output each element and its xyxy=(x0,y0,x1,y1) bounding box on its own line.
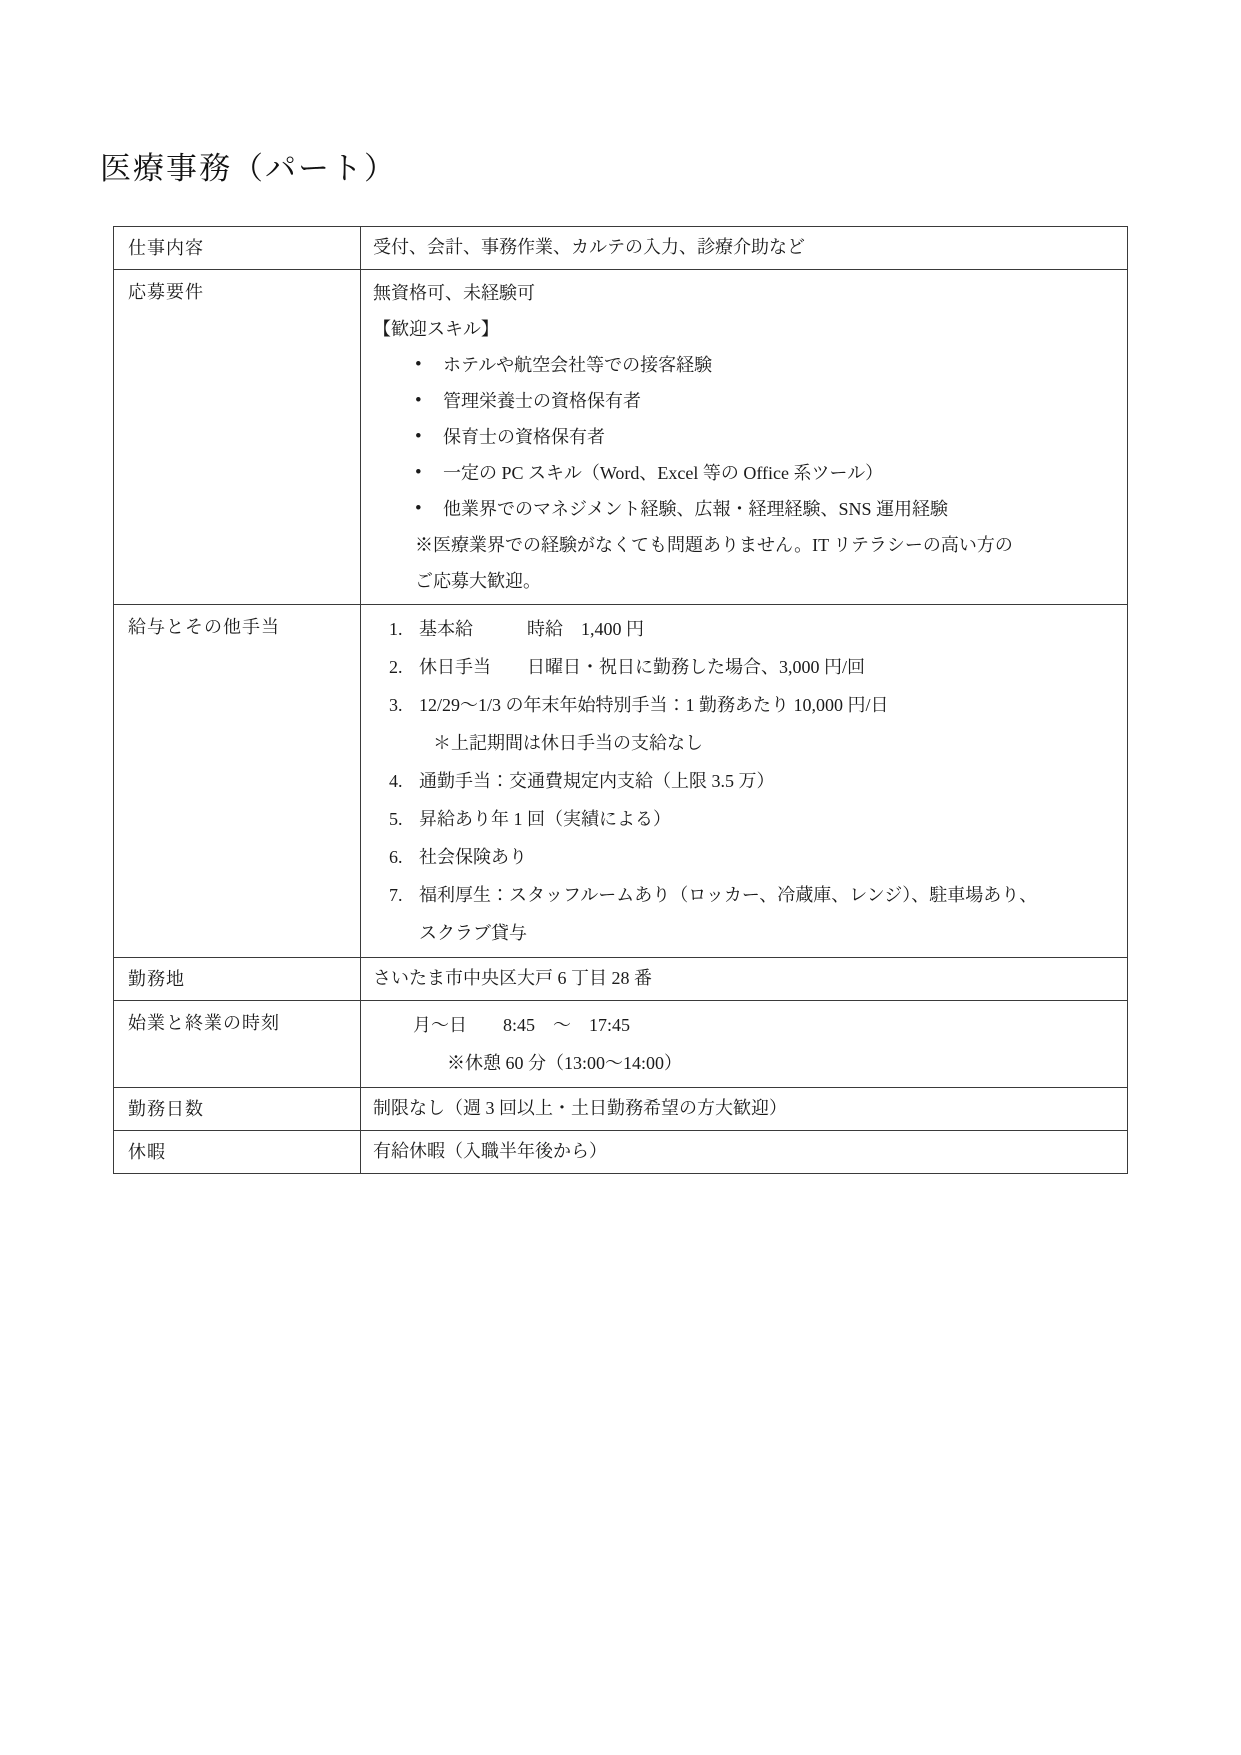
pay-item-number: 6. xyxy=(389,838,419,876)
table-row-job-description: 仕事内容 受付、会計、事務作業、カルテの入力、診療介助など xyxy=(114,227,1128,270)
bullet-text: 保育士の資格保有者 xyxy=(443,419,1113,455)
row-label: 応募要件 xyxy=(114,270,361,605)
pay-item: 3. 12/29～1/3 の年末年始特別手当：1 勤務あたり 10,000 円/… xyxy=(373,686,1113,724)
row-value: 制限なし（週 3 回以上・土日勤務希望の方大歓迎） xyxy=(361,1088,1128,1131)
pay-item-text-line: 福利厚生：スタッフルームあり（ロッカー、冷蔵庫、レンジ）、駐車場あり、 xyxy=(419,876,1113,914)
requirements-note: ※医療業界での経験がなくても問題ありません。IT リテラシーの高い方の xyxy=(373,527,1113,563)
pay-item: 6. 社会保険あり xyxy=(373,838,1113,876)
bullet-icon: • xyxy=(415,347,443,383)
list-item: • 管理栄養士の資格保有者 xyxy=(373,383,1113,419)
list-item: • 一定の PC スキル（Word、Excel 等の Office 系ツール） xyxy=(373,455,1113,491)
requirements-note: ご応募大歓迎。 xyxy=(373,563,1113,599)
page-title: 医療事務（パート） xyxy=(100,143,397,188)
work-location-text: さいたま市中央区大戸 6 丁目 28 番 xyxy=(373,964,1113,990)
table-row-requirements: 応募要件 無資格可、未経験可 【歓迎スキル】 • ホテルや航空会社等での接客経験… xyxy=(114,270,1128,605)
row-label: 勤務日数 xyxy=(114,1088,361,1131)
pay-item-number: 2. xyxy=(389,648,419,686)
requirements-intro: 無資格可、未経験可 xyxy=(373,275,1113,311)
row-label: 始業と終業の時刻 xyxy=(114,1001,361,1088)
job-posting-table: 仕事内容 受付、会計、事務作業、カルテの入力、診療介助など 応募要件 無資格可、… xyxy=(113,226,1128,1174)
list-item: • 他業界でのマネジメント経験、広報・経理経験、SNS 運用経験 xyxy=(373,491,1113,527)
table-row-location: 勤務地 さいたま市中央区大戸 6 丁目 28 番 xyxy=(114,958,1128,1001)
bullet-text: 一定の PC スキル（Word、Excel 等の Office 系ツール） xyxy=(443,455,1113,491)
vacation-text: 有給休暇（入職半年後から） xyxy=(373,1137,1113,1163)
bullet-text: ホテルや航空会社等での接客経験 xyxy=(443,347,1113,383)
pay-item-number: 5. xyxy=(389,800,419,838)
pay-item-text: 12/29～1/3 の年末年始特別手当：1 勤務あたり 10,000 円/日 xyxy=(419,686,1113,724)
row-value: 1. 基本給 時給 1,400 円 2. 休日手当 日曜日・祝日に勤務した場合、… xyxy=(361,605,1128,958)
pay-item-text: 通勤手当：交通費規定内支給（上限 3.5 万） xyxy=(419,762,1113,800)
row-label: 休暇 xyxy=(114,1131,361,1174)
bullet-icon: • xyxy=(415,491,443,527)
bullet-icon: • xyxy=(415,419,443,455)
pay-item: 5. 昇給あり年 1 回（実績による） xyxy=(373,800,1113,838)
pay-item-text: 福利厚生：スタッフルームあり（ロッカー、冷蔵庫、レンジ）、駐車場あり、 スクラブ… xyxy=(419,876,1113,952)
row-label: 仕事内容 xyxy=(114,227,361,270)
row-value: 受付、会計、事務作業、カルテの入力、診療介助など xyxy=(361,227,1128,270)
pay-item: 7. 福利厚生：スタッフルームあり（ロッカー、冷蔵庫、レンジ）、駐車場あり、 ス… xyxy=(373,876,1113,952)
list-item: • 保育士の資格保有者 xyxy=(373,419,1113,455)
pay-item-number: 4. xyxy=(389,762,419,800)
pay-item: 2. 休日手当 日曜日・祝日に勤務した場合、3,000 円/回 xyxy=(373,648,1113,686)
pay-item-subnote: ＊上記期間は休日手当の支給なし xyxy=(373,724,1113,762)
pay-item-text: 社会保険あり xyxy=(419,838,1113,876)
working-hours-text: 月～日 8:45 ～ 17:45 xyxy=(373,1006,1113,1044)
pay-item-number: 7. xyxy=(389,876,419,952)
pay-item-text-line: スクラブ貸与 xyxy=(419,914,1113,952)
pay-item-number: 3. xyxy=(389,686,419,724)
row-label: 給与とその他手当 xyxy=(114,605,361,958)
bullet-icon: • xyxy=(415,455,443,491)
bullet-text: 他業界でのマネジメント経験、広報・経理経験、SNS 運用経験 xyxy=(443,491,1113,527)
table-row-working-days: 勤務日数 制限なし（週 3 回以上・土日勤務希望の方大歓迎） xyxy=(114,1088,1128,1131)
pay-item-text: 基本給 時給 1,400 円 xyxy=(419,610,1113,648)
job-description-text: 受付、会計、事務作業、カルテの入力、診療介助など xyxy=(373,233,1113,259)
row-value: 有給休暇（入職半年後から） xyxy=(361,1131,1128,1174)
bullet-icon: • xyxy=(415,383,443,419)
break-time-note: ※休憩 60 分（13:00～14:00） xyxy=(373,1044,1113,1082)
pay-item: 1. 基本給 時給 1,400 円 xyxy=(373,610,1113,648)
pay-item-text: 休日手当 日曜日・祝日に勤務した場合、3,000 円/回 xyxy=(419,648,1113,686)
table-row-salary: 給与とその他手当 1. 基本給 時給 1,400 円 2. 休日手当 日曜日・祝… xyxy=(114,605,1128,958)
table-row-working-hours: 始業と終業の時刻 月～日 8:45 ～ 17:45 ※休憩 60 分（13:00… xyxy=(114,1001,1128,1088)
welcome-skills-heading: 【歓迎スキル】 xyxy=(373,311,1113,347)
working-days-text: 制限なし（週 3 回以上・土日勤務希望の方大歓迎） xyxy=(373,1094,1113,1120)
pay-item-text: 昇給あり年 1 回（実績による） xyxy=(419,800,1113,838)
row-value: 月～日 8:45 ～ 17:45 ※休憩 60 分（13:00～14:00） xyxy=(361,1001,1128,1088)
document-page: 医療事務（パート） 仕事内容 受付、会計、事務作業、カルテの入力、診療介助など … xyxy=(0,0,1241,1755)
row-value: さいたま市中央区大戸 6 丁目 28 番 xyxy=(361,958,1128,1001)
bullet-text: 管理栄養士の資格保有者 xyxy=(443,383,1113,419)
pay-item-number: 1. xyxy=(389,610,419,648)
row-value: 無資格可、未経験可 【歓迎スキル】 • ホテルや航空会社等での接客経験 • 管理… xyxy=(361,270,1128,605)
table-row-vacation: 休暇 有給休暇（入職半年後から） xyxy=(114,1131,1128,1174)
pay-item: 4. 通勤手当：交通費規定内支給（上限 3.5 万） xyxy=(373,762,1113,800)
list-item: • ホテルや航空会社等での接客経験 xyxy=(373,347,1113,383)
row-label: 勤務地 xyxy=(114,958,361,1001)
